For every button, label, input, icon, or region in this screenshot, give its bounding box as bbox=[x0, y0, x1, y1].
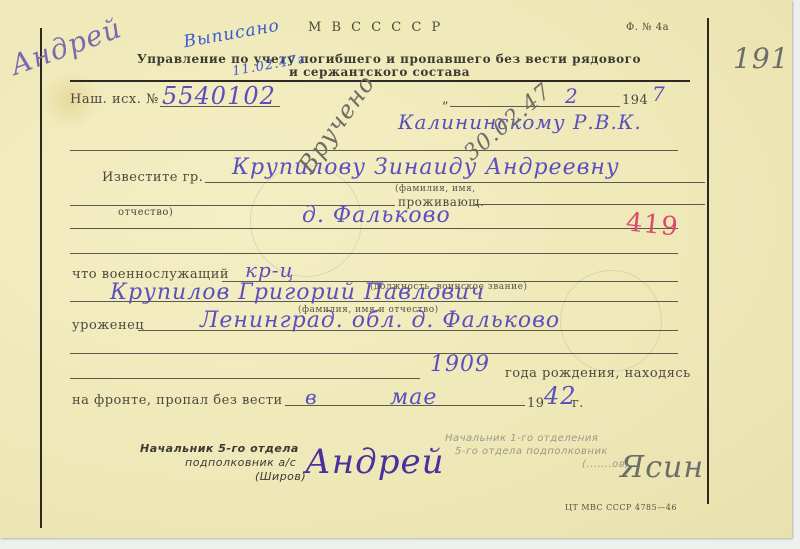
origin-line-2 bbox=[70, 353, 678, 354]
outgoing-number: 5540102 bbox=[162, 82, 276, 110]
blank-line bbox=[70, 253, 678, 254]
year-prefix: 194 bbox=[622, 93, 648, 108]
chief-title-3: (Широв) bbox=[255, 470, 306, 483]
pencil-page-number: 191 bbox=[733, 42, 789, 75]
origin-value: Ленинград. обл. д. Фальково bbox=[200, 308, 560, 333]
chief-title-1: Начальник 5-го отдела bbox=[140, 442, 299, 455]
department-line-2: и сержантского состава bbox=[289, 65, 470, 79]
missing-month: мае bbox=[390, 385, 437, 410]
missing-day: в bbox=[305, 385, 318, 409]
chief-title-2: подполковник а/с bbox=[185, 456, 296, 469]
missing-year-prefix: 19 bbox=[527, 396, 545, 411]
region-line bbox=[70, 150, 678, 151]
date-quote: „ bbox=[442, 92, 449, 107]
notify-value: Крупилову Зинаиду Андреевну bbox=[232, 155, 620, 180]
right-margin-line bbox=[707, 18, 709, 504]
soldier-name: Крупилов Григорий Павлович bbox=[110, 280, 485, 305]
faded-stamp bbox=[560, 270, 662, 372]
residing-value: д. Фальково bbox=[302, 203, 451, 228]
missing-year-end: г. bbox=[572, 396, 584, 411]
notify-hint-name: (фамилия, имя, bbox=[395, 184, 476, 194]
chief-signature: Андрей bbox=[305, 442, 444, 482]
red-annotation-number: 419 bbox=[625, 207, 680, 242]
left-margin-line bbox=[40, 28, 42, 528]
outgoing-label: Наш. исх. № bbox=[70, 92, 159, 107]
residing-line-2 bbox=[70, 228, 678, 229]
origin-label: уроженец bbox=[72, 318, 144, 333]
blue-note: Выписано bbox=[182, 16, 281, 53]
faded-title-1: Начальник 1-го отделения bbox=[445, 433, 598, 444]
birth-suffix: года рождения, находясь bbox=[505, 366, 691, 381]
birth-year: 1909 bbox=[430, 352, 490, 377]
notify-line bbox=[205, 182, 705, 183]
birth-line bbox=[70, 378, 420, 379]
agency-title: М В С С С С Р bbox=[308, 20, 443, 35]
rank-value: кр-ц bbox=[245, 258, 294, 282]
notify-label: Известите гр. bbox=[102, 170, 203, 185]
print-code: ЦТ МВС СССР 4785—46 bbox=[565, 503, 677, 512]
form-number: Ф. № 4а bbox=[626, 22, 669, 33]
department-line-1: Управление по учету погибшего и пропавше… bbox=[137, 52, 641, 66]
deputy-signature: Ясин bbox=[620, 450, 704, 485]
document-paper: М В С С С С Р Ф. № 4а Управление по учет… bbox=[0, 0, 792, 538]
faded-title-2: 5-го отдела подполковник bbox=[455, 446, 608, 457]
date-day-month: 2 bbox=[565, 84, 579, 108]
residing-line bbox=[475, 204, 705, 205]
missing-label: на фронте, пропал без вести bbox=[72, 393, 283, 408]
notify-hint-patronymic: отчество) bbox=[118, 207, 173, 218]
year-suffix: 7 bbox=[652, 82, 666, 106]
